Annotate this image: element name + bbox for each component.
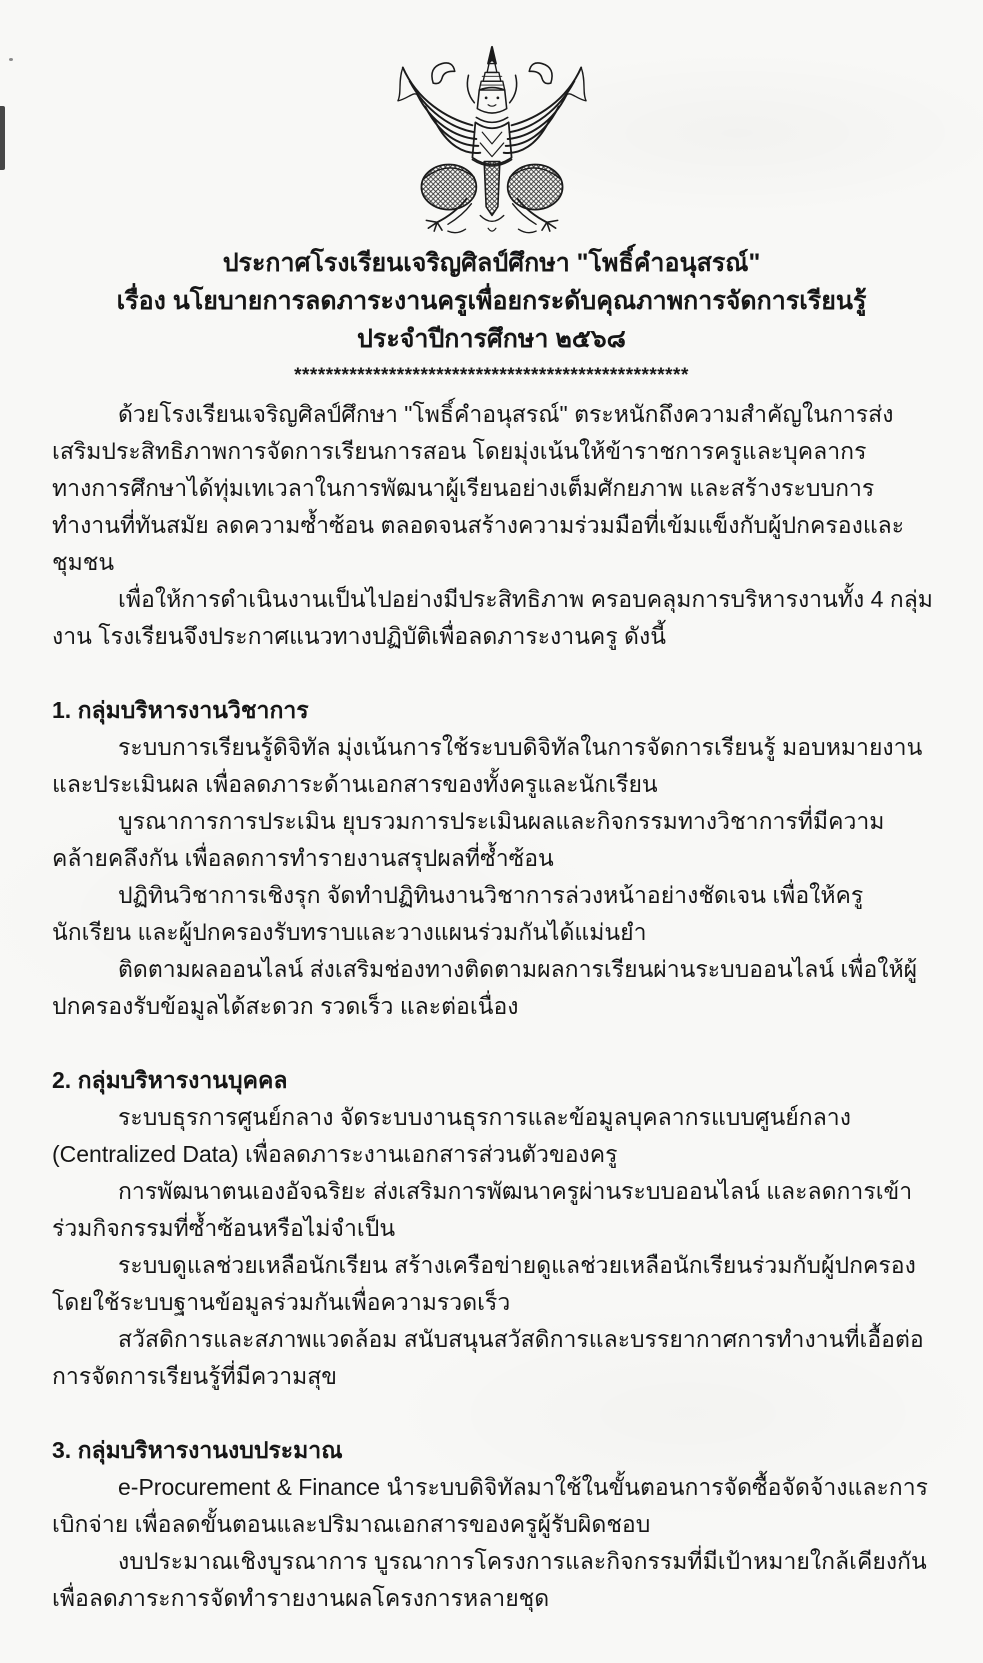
personnel-paragraph-1: ระบบธุรการศูนย์กลาง จัดระบบงานธุรการและข… xyxy=(52,1099,935,1173)
announcement-subject: เรื่อง นโยบายการลดภาระงานครูเพื่อยกระดับ… xyxy=(0,282,983,320)
academic-paragraph-3: ปฏิทินวิชาการเชิงรุก จัดทำปฏิทินงานวิชาก… xyxy=(52,877,935,951)
section-title-personnel: 2. กลุ่มบริหารงานบุคคล xyxy=(52,1062,935,1099)
academic-paragraph-2: บูรณาการการประเมิน ยุบรวมการประเมินผลและ… xyxy=(52,803,935,877)
document-body: ด้วยโรงเรียนเจริญศิลป์ศึกษา "โพธิ์คำอนุส… xyxy=(0,396,983,1617)
asterisk-divider: ****************************************… xyxy=(0,361,983,391)
section-title-academic: 1. กลุ่มบริหารงานวิชาการ xyxy=(52,692,935,729)
academic-paragraph-4: ติดตามผลออนไลน์ ส่งเสริมช่องทางติดตามผลก… xyxy=(52,951,935,1025)
personnel-paragraph-3: ระบบดูแลช่วยเหลือนักเรียน สร้างเครือข่าย… xyxy=(52,1247,935,1321)
section-title-budget: 3. กลุ่มบริหารงานงบประมาณ xyxy=(52,1432,935,1469)
personnel-paragraph-2: การพัฒนาตนเองอัจฉริยะ ส่งเสริมการพัฒนาคร… xyxy=(52,1173,935,1247)
garuda-emblem-icon xyxy=(374,42,610,238)
budget-paragraph-2: งบประมาณเชิงบูรณาการ บูรณาการโครงการและก… xyxy=(52,1543,935,1617)
academic-year-line: ประจำปีการศึกษา ๒๕๖๘ xyxy=(0,320,983,358)
document-header: ประกาศโรงเรียนเจริญศิลป์ศึกษา "โพธิ์คำอน… xyxy=(0,244,983,391)
scan-artifact-speck xyxy=(9,58,13,61)
announcement-title: ประกาศโรงเรียนเจริญศิลป์ศึกษา "โพธิ์คำอน… xyxy=(0,244,983,282)
intro-paragraph-2: เพื่อให้การดำเนินงานเป็นไปอย่างมีประสิทธ… xyxy=(52,581,935,655)
personnel-paragraph-4: สวัสดิการและสภาพแวดล้อม สนับสนุนสวัสดิกา… xyxy=(52,1321,935,1395)
scan-artifact-bar xyxy=(0,106,5,170)
budget-paragraph-1: e-Procurement & Finance นำระบบดิจิทัลมาใ… xyxy=(52,1469,935,1543)
academic-paragraph-1: ระบบการเรียนรู้ดิจิทัล มุ่งเน้นการใช้ระบ… xyxy=(52,729,935,803)
document-page: ประกาศโรงเรียนเจริญศิลป์ศึกษา "โพธิ์คำอน… xyxy=(0,0,983,1663)
intro-paragraph-1: ด้วยโรงเรียนเจริญศิลป์ศึกษา "โพธิ์คำอนุส… xyxy=(52,396,935,581)
